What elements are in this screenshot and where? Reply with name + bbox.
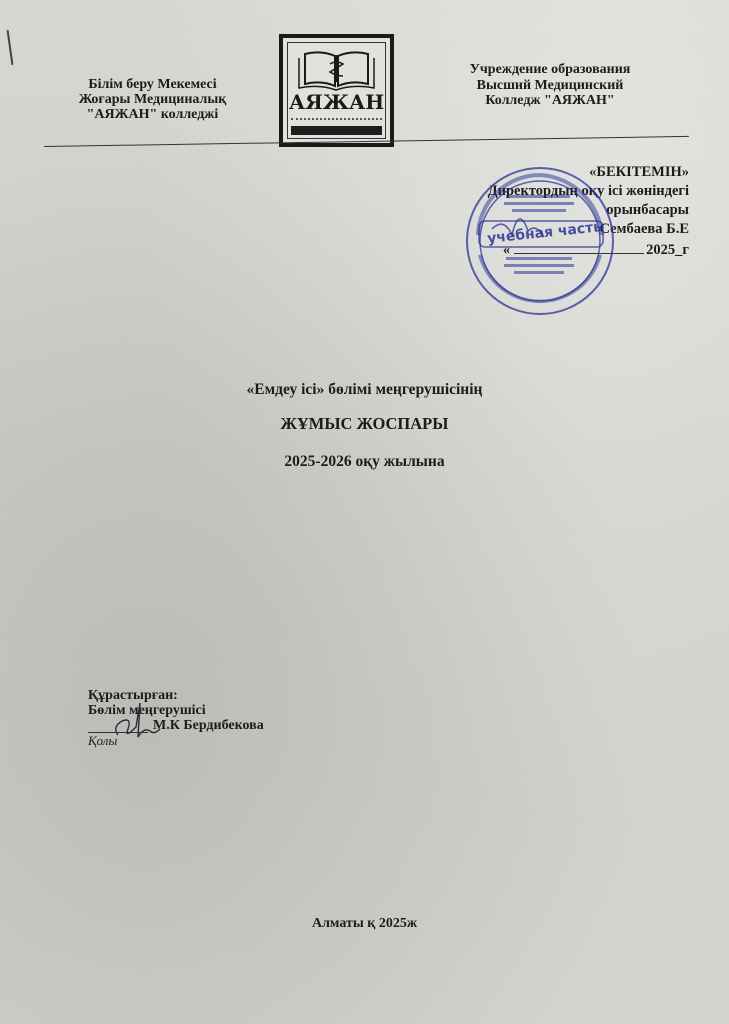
academic-year: 2025-2026 оқу жылына: [0, 453, 729, 471]
header-right-line-1: Учреждение образования: [440, 62, 660, 78]
composer-sign-row: М.К Бердибекова: [88, 718, 264, 733]
header-right-line-2: Высший Медицинский: [440, 78, 660, 94]
header-left-line-2: Жоғары Медициналық: [70, 92, 235, 107]
staple-mark: [7, 30, 14, 65]
approval-block: «БЕКІТЕМІН» Директордың оқу ісі жөніндег…: [409, 163, 689, 260]
header-left-line-1: Білім беру Мекемесі: [70, 77, 235, 92]
approval-position-line-2: орынбасары: [409, 201, 689, 220]
document-title: ЖҰМЫС ЖОСПАРЫ: [0, 414, 729, 434]
header-left-kazakh: Білім беру Мекемесі Жоғары Медициналық "…: [70, 77, 235, 122]
composer-label: Құрастырған:: [88, 688, 264, 703]
approval-date-row: « 2025_г: [409, 239, 689, 260]
composer-name: М.К Бердибекова: [153, 718, 264, 733]
college-logo: АЯЖАН: [279, 34, 394, 147]
approval-position-line-1: Директордың оқу ісі жөніндегі: [409, 182, 689, 201]
signature-caption: Қолы: [88, 733, 264, 748]
document-subject: «Емдеу ісі» бөлімі меңгерушісінің: [0, 381, 729, 399]
approval-heading: «БЕКІТЕМІН»: [409, 163, 689, 182]
document-page: Білім беру Мекемесі Жоғары Медициналық "…: [0, 0, 729, 1024]
approval-date-year: 2025_г: [646, 241, 689, 260]
header-right-russian: Учреждение образования Высший Медицински…: [440, 62, 660, 109]
header-right-line-3: Колледж "АЯЖАН": [440, 93, 660, 109]
logo-subtitle-russian-bar: [291, 126, 382, 135]
logo-subtitle-kazakh: [291, 118, 382, 123]
logo-wordmark: АЯЖАН: [283, 90, 390, 114]
composer-block: Құрастырған: Бөлім меңгерушісі М.К Берди…: [88, 688, 264, 748]
composer-role: Бөлім меңгерушісі: [88, 703, 264, 718]
signature-line: [88, 720, 148, 733]
place-and-year: Алматы қ 2025ж: [0, 916, 729, 932]
header-left-line-3: "АЯЖАН" колледжі: [70, 107, 235, 122]
